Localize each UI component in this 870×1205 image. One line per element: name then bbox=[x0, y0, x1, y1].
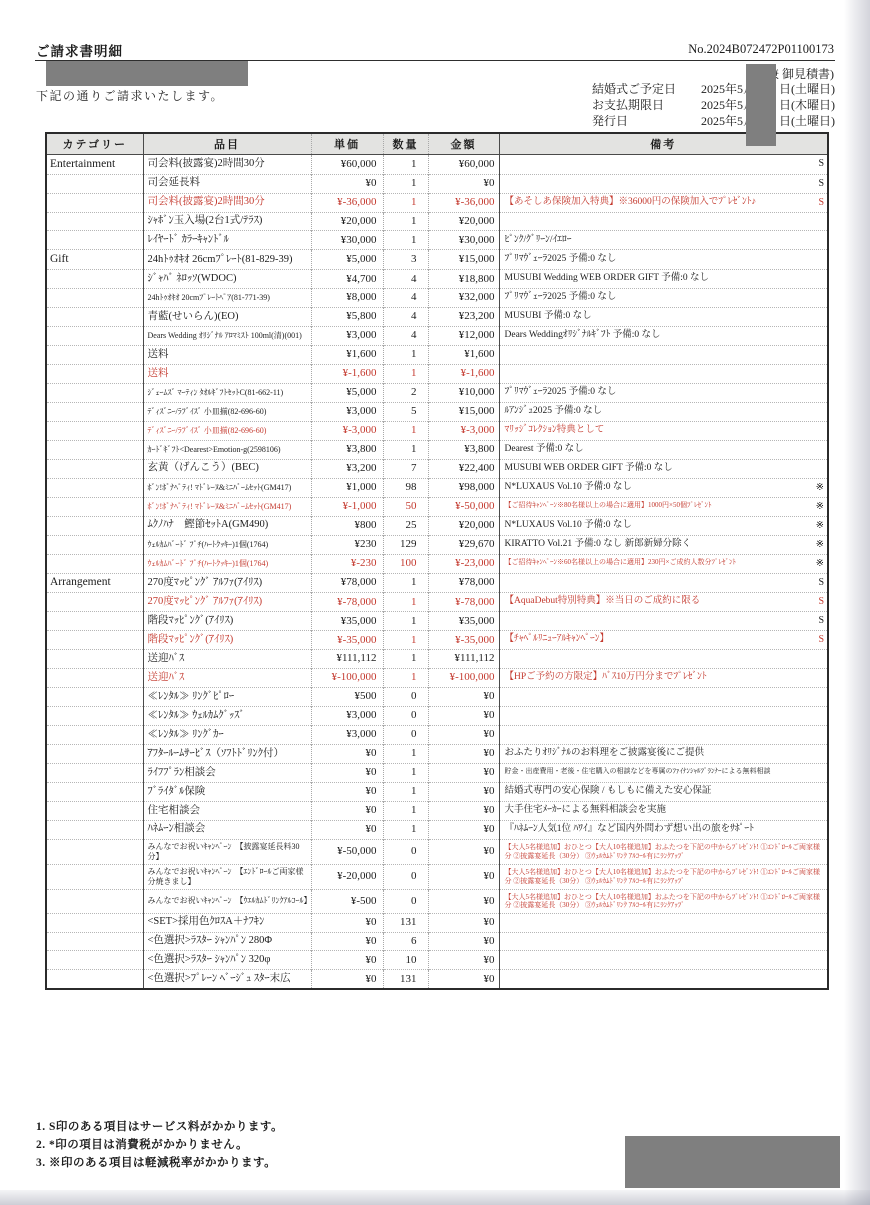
unit-price-cell: ¥0 bbox=[311, 913, 383, 932]
item-cell: 住宅相談会 bbox=[143, 801, 311, 820]
category-cell: Gift bbox=[46, 250, 143, 270]
category-cell bbox=[46, 535, 143, 554]
unit-price-cell: ¥3,800 bbox=[311, 440, 383, 459]
table-row: <色選択>ﾌﾟﾚｰﾝ ﾍﾞｰｼﾞｭ ｽﾀｰ末広¥0131¥0 bbox=[46, 970, 828, 989]
unit-price-cell: ¥3,200 bbox=[311, 459, 383, 478]
unit-price-cell: ¥0 bbox=[311, 174, 383, 193]
qty-cell: 2 bbox=[383, 383, 428, 402]
unit-price-cell: ¥-1,000 bbox=[311, 497, 383, 516]
item-cell: <色選択>ﾌﾟﾚｰﾝ ﾍﾞｰｼﾞｭ ｽﾀｰ末広 bbox=[143, 970, 311, 989]
table-row: <色選択>ﾗｽﾀｰ ｼｬﾝﾊﾟﾝ 320φ¥010¥0 bbox=[46, 951, 828, 970]
remarks-cell: おふたりｵﾘｼﾞﾅﾙのお料理をご披露宴後にご提供 bbox=[499, 744, 828, 763]
remark-wrap: N*LUXAUS Vol.10 予備:0 なし※ bbox=[505, 482, 825, 494]
amount-cell: ¥23,200 bbox=[428, 307, 499, 326]
amount-cell: ¥0 bbox=[428, 782, 499, 801]
remark-wrap: 大手住宅ﾒｰｶｰによる無料相談会を実施 bbox=[505, 805, 825, 816]
qty-cell: 1 bbox=[383, 668, 428, 687]
remark-wrap: 『ﾊﾈﾑｰﾝ人気1位 ﾊﾜｲ』など国内外問わず想い出の旅をｻﾎﾟｰﾄ bbox=[505, 824, 825, 835]
qty-cell: 4 bbox=[383, 326, 428, 345]
remark-wrap bbox=[505, 691, 825, 702]
amount-cell: ¥1,600 bbox=[428, 345, 499, 364]
remark-text: ﾏﾘｯｼﾞｺﾚｸｼｮﾝ特典として bbox=[505, 425, 825, 436]
qty-cell: 0 bbox=[383, 725, 428, 744]
date-post: 日(木曜日) bbox=[779, 98, 835, 112]
table-row: ≪ﾚﾝﾀﾙ≫ ﾘﾝｸﾞﾋﾟﾛｰ¥5000¥0 bbox=[46, 687, 828, 706]
qty-cell: 3 bbox=[383, 250, 428, 270]
remark-text: 大手住宅ﾒｰｶｰによる無料相談会を実施 bbox=[505, 805, 825, 816]
remark-text: おふたりｵﾘｼﾞﾅﾙのお料理をご披露宴後にご提供 bbox=[505, 748, 825, 759]
remark-text: 【あそしあ保険加入特典】※36000円の保険加入でﾌﾟﾚｾﾞﾝﾄ♪ bbox=[505, 197, 815, 208]
qty-cell: 4 bbox=[383, 270, 428, 289]
category-cell bbox=[46, 288, 143, 307]
table-row: ﾎﾞﾝ!ﾎﾞﾅﾍﾟﾃｨ! ﾏﾄﾞﾚｰﾇ&ﾐﾆﾊﾞｰﾑｾｯﾄ(GM417)¥1,0… bbox=[46, 478, 828, 497]
qty-cell: 0 bbox=[383, 839, 428, 864]
table-row: ﾗｲﾌﾌﾟﾗﾝ相談会¥01¥0貯金・出産費用・老後・住宅購入の相談などを専属のﾌ… bbox=[46, 763, 828, 782]
item-cell: ｳｪﾙｶﾑﾊﾞｰﾄﾞ ﾌﾟﾁ(ﾊｰﾄｸｯｷｰ)1個(1764) bbox=[143, 535, 311, 554]
table-row: 階段ﾏｯﾋﾟﾝｸﾞ(ｱｲﾘｽ)¥-35,0001¥-35,000【ﾁｬﾍﾟﾙﾘﾆ… bbox=[46, 631, 828, 650]
remarks-cell: ﾏﾘｯｼﾞｺﾚｸｼｮﾝ特典として bbox=[499, 421, 828, 440]
item-cell: 送料 bbox=[143, 345, 311, 364]
remark-wrap: 【ﾁｬﾍﾟﾙﾘﾆｭｰｱﾙｷｬﾝﾍﾟｰﾝ】S bbox=[505, 634, 825, 646]
qty-cell: 1 bbox=[383, 801, 428, 820]
item-cell: 階段ﾏｯﾋﾟﾝｸﾞ(ｱｲﾘｽ) bbox=[143, 631, 311, 650]
unit-price-cell: ¥0 bbox=[311, 744, 383, 763]
qty-cell: 1 bbox=[383, 649, 428, 668]
remark-text: N*LUXAUS Vol.10 予備:0 なし bbox=[505, 482, 812, 493]
category-cell bbox=[46, 212, 143, 231]
remark-text: KIRATTO Vol.21 予備:0 なし 新郎新婦分除く bbox=[505, 539, 812, 550]
item-cell: ≪ﾚﾝﾀﾙ≫ ｳｪﾙｶﾑｸﾞｯｽﾞ bbox=[143, 706, 311, 725]
category-cell bbox=[46, 478, 143, 497]
table-row: 司会料(披露宴)2時間30分¥-36,0001¥-36,000【あそしあ保険加入… bbox=[46, 193, 828, 212]
remark-wrap: 【HPご予約の方限定】ﾊﾞｽ10万円分までﾌﾟﾚｾﾞﾝﾄ bbox=[505, 672, 825, 683]
tax-mark: ※ bbox=[816, 482, 824, 494]
tax-mark: ※ bbox=[816, 520, 824, 532]
item-cell: <SET>採用色ｸﾛｽA＋ﾅﾌｷﾝ bbox=[143, 913, 311, 932]
redaction-box-bottom bbox=[625, 1136, 840, 1188]
item-cell: 送迎ﾊﾞｽ bbox=[143, 649, 311, 668]
remark-wrap: 【ご招待ｷｬﾝﾍﾟｰﾝ※60名様以上の場合に適用】230円×ご成約人数分ﾌﾟﾚｾ… bbox=[505, 558, 825, 570]
remarks-cell: 貯金・出産費用・老後・住宅購入の相談などを専属のﾌｧｲﾅﾝｼｬﾙﾌﾟﾗﾝﾅｰによ… bbox=[499, 763, 828, 782]
table-row: ﾚｲﾔｰﾄﾞ ｶﾗｰｷｬﾝﾄﾞﾙ¥30,0001¥30,000ﾋﾟﾝｸ/ｸﾞﾘｰ… bbox=[46, 231, 828, 250]
page-edge-bottom bbox=[0, 1190, 870, 1205]
item-cell: みんなでお祝いｷｬﾝﾍﾟｰﾝ 【ｴﾝﾄﾞﾛｰﾙご両家様分焼きまし】 bbox=[143, 864, 311, 889]
amount-cell: ¥0 bbox=[428, 839, 499, 864]
item-cell: ﾃﾞｨｽﾞﾆｰ/ﾗﾌﾞｲｽﾞ 小皿揃(82-696-60) bbox=[143, 402, 311, 421]
amount-cell: ¥98,000 bbox=[428, 478, 499, 497]
remarks-cell: Dears Weddingｵﾘｼﾞﾅﾙｷﾞﾌﾄ 予備:0 なし bbox=[499, 326, 828, 345]
amount-cell: ¥20,000 bbox=[428, 212, 499, 231]
footnotes: 1. S印のある項目はサービス料がかかります。2. *印の項目は消費税がかかりま… bbox=[36, 1118, 283, 1172]
table-row: ﾑｸﾉﾊﾅ 鰹節ｾｯﾄA(GM490)¥80025¥20,000N*LUXAUS… bbox=[46, 516, 828, 535]
table-row: Gift24hﾄｩｵｷｵ 26cmﾌﾟﾚｰﾄ(81-829-39)¥5,0003… bbox=[46, 250, 828, 270]
remark-wrap: KIRATTO Vol.21 予備:0 なし 新郎新婦分除く※ bbox=[505, 539, 825, 551]
remarks-cell: S bbox=[499, 612, 828, 631]
category-cell bbox=[46, 612, 143, 631]
item-cell: ≪ﾚﾝﾀﾙ≫ ﾘﾝｸﾞﾋﾟﾛｰ bbox=[143, 687, 311, 706]
amount-cell: ¥0 bbox=[428, 932, 499, 951]
remark-wrap: 結婚式専門の安心保険 / もしもに備えた安心保証 bbox=[505, 786, 825, 797]
qty-cell: 1 bbox=[383, 212, 428, 231]
item-cell: 司会料(披露宴)2時間30分 bbox=[143, 193, 311, 212]
unit-price-cell: ¥3,000 bbox=[311, 326, 383, 345]
document-number: No.2024B072472P01100173 bbox=[688, 42, 834, 57]
remarks-cell: S bbox=[499, 155, 828, 175]
remark-wrap: 【AquaDebut特別特典】※当日のご成約に限るS bbox=[505, 596, 825, 608]
item-cell: ﾑｸﾉﾊﾅ 鰹節ｾｯﾄA(GM490) bbox=[143, 516, 311, 535]
item-cell: 司会延長料 bbox=[143, 174, 311, 193]
table-row: 住宅相談会¥01¥0大手住宅ﾒｰｶｰによる無料相談会を実施 bbox=[46, 801, 828, 820]
amount-cell: ¥0 bbox=[428, 864, 499, 889]
category-cell bbox=[46, 554, 143, 573]
qty-cell: 1 bbox=[383, 231, 428, 250]
remarks-cell: ﾋﾟﾝｸ/ｸﾞﾘｰﾝ/ｲｴﾛｰ bbox=[499, 231, 828, 250]
date-label: お支払期限日 bbox=[592, 97, 664, 113]
remark-wrap: MUSUBI WEB ORDER GIFT 予備:0 なし bbox=[505, 463, 825, 474]
table-row: ﾎﾞﾝ!ﾎﾞﾅﾍﾟﾃｨ! ﾏﾄﾞﾚｰﾇ&ﾐﾆﾊﾞｰﾑｾｯﾄ(GM417)¥-1,… bbox=[46, 497, 828, 516]
remark-wrap bbox=[505, 917, 825, 928]
qty-cell: 1 bbox=[383, 763, 428, 782]
remarks-cell bbox=[499, 345, 828, 364]
unit-price-cell: ¥-230 bbox=[311, 554, 383, 573]
footnote-line: 3. ※印のある項目は軽減税率がかかります。 bbox=[36, 1154, 283, 1172]
remarks-cell: 【大人5名様追加】おひとつ【大人10名様追加】おふたつを下記の中からﾌﾟﾚｾﾞﾝ… bbox=[499, 890, 828, 914]
table-row: ｼﾞｪｰﾑｽﾞ ﾏｰﾃｨﾝ ﾀｵﾙｷﾞﾌﾄｾｯﾄC(81-662-11)¥5,0… bbox=[46, 383, 828, 402]
tax-mark: ※ bbox=[816, 539, 824, 551]
item-cell: 送料 bbox=[143, 364, 311, 383]
table-row: 青藍(せいらん)(EO)¥5,8004¥23,200MUSUBI 予備:0 なし bbox=[46, 307, 828, 326]
qty-cell: 1 bbox=[383, 364, 428, 383]
amount-cell: ¥-36,000 bbox=[428, 193, 499, 212]
qty-cell: 0 bbox=[383, 864, 428, 889]
category-cell: Arrangement bbox=[46, 573, 143, 593]
unit-price-cell: ¥3,000 bbox=[311, 706, 383, 725]
date-line: 結婚式ご予定日2025年5月日(土曜日) bbox=[592, 81, 835, 97]
unit-price-cell: ¥0 bbox=[311, 782, 383, 801]
remarks-cell: 【あそしあ保険加入特典】※36000円の保険加入でﾌﾟﾚｾﾞﾝﾄ♪S bbox=[499, 193, 828, 212]
table-row: ﾌﾞﾗｲﾀﾞﾙ保険¥01¥0結婚式専門の安心保険 / もしもに備えた安心保証 bbox=[46, 782, 828, 801]
table-row: ｼﾞｬﾊﾞ ﾈﾛｯｿ(WDOC)¥4,7004¥18,800MUSUBI Wed… bbox=[46, 270, 828, 289]
unit-price-cell: ¥5,000 bbox=[311, 250, 383, 270]
remark-wrap bbox=[505, 710, 825, 721]
category-cell bbox=[46, 231, 143, 250]
invoice-page: ご請求書明細 No.2024B072472P01100173 (兼 御見積書) … bbox=[0, 0, 870, 1205]
unit-price-cell: ¥3,000 bbox=[311, 402, 383, 421]
unit-price-cell: ¥-50,000 bbox=[311, 839, 383, 864]
qty-cell: 1 bbox=[383, 421, 428, 440]
amount-cell: ¥0 bbox=[428, 687, 499, 706]
remark-wrap bbox=[505, 349, 825, 360]
amount-cell: ¥0 bbox=[428, 970, 499, 989]
category-cell bbox=[46, 744, 143, 763]
qty-cell: 10 bbox=[383, 951, 428, 970]
remark-text: ﾌﾟﾘﾏｳﾞｪｰﾗ2025 予備:0 なし bbox=[505, 254, 825, 265]
remarks-cell bbox=[499, 687, 828, 706]
amount-cell: ¥3,800 bbox=[428, 440, 499, 459]
remark-wrap bbox=[505, 936, 825, 947]
remark-wrap: ﾙｱﾝｼﾞｭ2025 予備:0 なし bbox=[505, 406, 825, 417]
remark-text: 【AquaDebut特別特典】※当日のご成約に限る bbox=[505, 596, 815, 607]
tax-mark: S bbox=[818, 158, 824, 170]
qty-cell: 0 bbox=[383, 890, 428, 914]
qty-cell: 1 bbox=[383, 820, 428, 839]
amount-cell: ¥0 bbox=[428, 913, 499, 932]
amount-cell: ¥0 bbox=[428, 744, 499, 763]
category-cell bbox=[46, 193, 143, 212]
unit-price-cell: ¥0 bbox=[311, 951, 383, 970]
qty-cell: 1 bbox=[383, 573, 428, 593]
remark-wrap: MUSUBI Wedding WEB ORDER GIFT 予備:0 なし bbox=[505, 273, 825, 284]
table-header-row: カテゴリー 品目 単価 数量 金額 備考 bbox=[46, 133, 828, 155]
item-cell: 階段ﾏｯﾋﾟﾝｸﾞ(ｱｲﾘｽ) bbox=[143, 612, 311, 631]
tax-mark: S bbox=[818, 634, 824, 646]
remark-text: 【HPご予約の方限定】ﾊﾞｽ10万円分までﾌﾟﾚｾﾞﾝﾄ bbox=[505, 672, 825, 683]
header-unit-price: 単価 bbox=[311, 133, 383, 155]
category-cell bbox=[46, 364, 143, 383]
amount-cell: ¥-3,000 bbox=[428, 421, 499, 440]
amount-cell: ¥-78,000 bbox=[428, 593, 499, 612]
qty-cell: 1 bbox=[383, 593, 428, 612]
remarks-cell: ﾌﾟﾘﾏｳﾞｪｰﾗ2025 予備:0 なし bbox=[499, 383, 828, 402]
unit-price-cell: ¥-20,000 bbox=[311, 864, 383, 889]
table-row: みんなでお祝いｷｬﾝﾍﾟｰﾝ 【披露宴延長料30分】¥-50,0000¥0【大人… bbox=[46, 839, 828, 864]
category-cell bbox=[46, 593, 143, 612]
category-cell bbox=[46, 890, 143, 914]
category-cell bbox=[46, 782, 143, 801]
unit-price-cell: ¥30,000 bbox=[311, 231, 383, 250]
item-cell: <色選択>ﾗｽﾀｰ ｼｬﾝﾊﾟﾝ 280Φ bbox=[143, 932, 311, 951]
remarks-cell bbox=[499, 970, 828, 989]
unit-price-cell: ¥-1,600 bbox=[311, 364, 383, 383]
table-row: <色選択>ﾗｽﾀｰ ｼｬﾝﾊﾟﾝ 280Φ¥06¥0 bbox=[46, 932, 828, 951]
tax-mark: S bbox=[818, 178, 824, 190]
category-cell bbox=[46, 307, 143, 326]
remarks-cell: N*LUXAUS Vol.10 予備:0 なし※ bbox=[499, 516, 828, 535]
date-post: 日(土曜日) bbox=[779, 114, 835, 128]
qty-cell: 131 bbox=[383, 970, 428, 989]
table-row: ﾊﾈﾑｰﾝ相談会¥01¥0『ﾊﾈﾑｰﾝ人気1位 ﾊﾜｲ』など国内外問わず想い出の… bbox=[46, 820, 828, 839]
category-cell bbox=[46, 270, 143, 289]
qty-cell: 25 bbox=[383, 516, 428, 535]
item-cell: ｱﾌﾀｰﾙｰﾑｻｰﾋﾞｽ（ｿﾌﾄﾄﾞﾘﾝｸ付） bbox=[143, 744, 311, 763]
amount-cell: ¥-35,000 bbox=[428, 631, 499, 650]
qty-cell: 1 bbox=[383, 631, 428, 650]
category-cell bbox=[46, 820, 143, 839]
tax-mark: ※ bbox=[816, 501, 824, 513]
remark-text: ﾌﾟﾘﾏｳﾞｪｰﾗ2025 予備:0 なし bbox=[505, 292, 825, 303]
remark-wrap: ﾌﾟﾘﾏｳﾞｪｰﾗ2025 予備:0 なし bbox=[505, 387, 825, 398]
qty-cell: 1 bbox=[383, 345, 428, 364]
remarks-cell: MUSUBI 予備:0 なし bbox=[499, 307, 828, 326]
remarks-cell: MUSUBI Wedding WEB ORDER GIFT 予備:0 なし bbox=[499, 270, 828, 289]
item-cell: 270度ﾏｯﾋﾟﾝｸﾞ ｱﾙﾌｧ(ｱｲﾘｽ) bbox=[143, 573, 311, 593]
amount-cell: ¥15,000 bbox=[428, 250, 499, 270]
remarks-cell: S bbox=[499, 573, 828, 593]
remarks-cell: 結婚式専門の安心保険 / もしもに備えた安心保証 bbox=[499, 782, 828, 801]
remark-text: 【大人5名様追加】おひとつ【大人10名様追加】おふたつを下記の中からﾌﾟﾚｾﾞﾝ… bbox=[505, 893, 825, 911]
remarks-cell: 【大人5名様追加】おひとつ【大人10名様追加】おふたつを下記の中からﾌﾟﾚｾﾞﾝ… bbox=[499, 839, 828, 864]
remark-text: MUSUBI Wedding WEB ORDER GIFT 予備:0 なし bbox=[505, 273, 825, 284]
qty-cell: 4 bbox=[383, 288, 428, 307]
remark-text: MUSUBI 予備:0 なし bbox=[505, 311, 825, 322]
remarks-cell bbox=[499, 212, 828, 231]
amount-cell: ¥0 bbox=[428, 801, 499, 820]
table-row: 送料¥-1,6001¥-1,600 bbox=[46, 364, 828, 383]
remark-text: 【ご招待ｷｬﾝﾍﾟｰﾝ※80名様以上の場合に適用】1000円×50個ﾌﾟﾚｾﾞﾝ… bbox=[505, 501, 812, 510]
redaction-bar-dates bbox=[746, 64, 776, 146]
category-cell bbox=[46, 421, 143, 440]
item-cell: みんなでお祝いｷｬﾝﾍﾟｰﾝ 【披露宴延長料30分】 bbox=[143, 839, 311, 864]
amount-cell: ¥-50,000 bbox=[428, 497, 499, 516]
category-cell bbox=[46, 345, 143, 364]
table-row: Entertainment司会料(披露宴)2時間30分¥60,0001¥60,0… bbox=[46, 155, 828, 175]
remark-wrap: S bbox=[505, 577, 825, 589]
qty-cell: 1 bbox=[383, 193, 428, 212]
remark-text: Dears Weddingｵﾘｼﾞﾅﾙｷﾞﾌﾄ 予備:0 なし bbox=[505, 330, 825, 341]
item-cell: みんなでお祝いｷｬﾝﾍﾟｰﾝ 【ｳｴﾙｶﾑﾄﾞﾘﾝｸｱﾙｺｰﾙ】 bbox=[143, 890, 311, 914]
remark-wrap bbox=[505, 216, 825, 227]
category-cell bbox=[46, 763, 143, 782]
category-cell bbox=[46, 516, 143, 535]
category-cell bbox=[46, 839, 143, 864]
table-row: ≪ﾚﾝﾀﾙ≫ ｳｪﾙｶﾑｸﾞｯｽﾞ¥3,0000¥0 bbox=[46, 706, 828, 725]
table-row: みんなでお祝いｷｬﾝﾍﾟｰﾝ 【ｴﾝﾄﾞﾛｰﾙご両家様分焼きまし】¥-20,00… bbox=[46, 864, 828, 889]
remarks-cell: ﾙｱﾝｼﾞｭ2025 予備:0 なし bbox=[499, 402, 828, 421]
remark-wrap: ﾌﾟﾘﾏｳﾞｪｰﾗ2025 予備:0 なし bbox=[505, 254, 825, 265]
amount-cell: ¥0 bbox=[428, 820, 499, 839]
remark-wrap: 【あそしあ保険加入特典】※36000円の保険加入でﾌﾟﾚｾﾞﾝﾄ♪S bbox=[505, 197, 825, 209]
unit-price-cell: ¥-35,000 bbox=[311, 631, 383, 650]
item-cell: 青藍(せいらん)(EO) bbox=[143, 307, 311, 326]
remarks-cell: 【ご招待ｷｬﾝﾍﾟｰﾝ※80名様以上の場合に適用】1000円×50個ﾌﾟﾚｾﾞﾝ… bbox=[499, 497, 828, 516]
item-cell: ﾎﾞﾝ!ﾎﾞﾅﾍﾟﾃｨ! ﾏﾄﾞﾚｰﾇ&ﾐﾆﾊﾞｰﾑｾｯﾄ(GM417) bbox=[143, 478, 311, 497]
remarks-cell: ﾌﾟﾘﾏｳﾞｪｰﾗ2025 予備:0 なし bbox=[499, 250, 828, 270]
unit-price-cell: ¥5,000 bbox=[311, 383, 383, 402]
unit-price-cell: ¥8,000 bbox=[311, 288, 383, 307]
remark-wrap: MUSUBI 予備:0 なし bbox=[505, 311, 825, 322]
qty-cell: 7 bbox=[383, 459, 428, 478]
amount-cell: ¥0 bbox=[428, 763, 499, 782]
remark-text: 【ﾁｬﾍﾟﾙﾘﾆｭｰｱﾙｷｬﾝﾍﾟｰﾝ】 bbox=[505, 634, 815, 645]
remarks-cell: 【ﾁｬﾍﾟﾙﾘﾆｭｰｱﾙｷｬﾝﾍﾟｰﾝ】S bbox=[499, 631, 828, 650]
header-remarks: 備考 bbox=[499, 133, 828, 155]
item-cell: ｶｰﾄﾞｷﾞﾌﾄ<Dearest>Emotion-g(2598106) bbox=[143, 440, 311, 459]
redaction-box-customer-name bbox=[46, 61, 248, 86]
qty-cell: 1 bbox=[383, 155, 428, 175]
remarks-cell: ﾌﾟﾘﾏｳﾞｪｰﾗ2025 予備:0 なし bbox=[499, 288, 828, 307]
amount-cell: ¥111,112 bbox=[428, 649, 499, 668]
item-cell: ﾃﾞｨｽﾞﾆｰ/ﾗﾌﾞｲｽﾞ 小皿揃(82-696-60) bbox=[143, 421, 311, 440]
remarks-cell bbox=[499, 913, 828, 932]
item-cell: ﾚｲﾔｰﾄﾞ ｶﾗｰｷｬﾝﾄﾞﾙ bbox=[143, 231, 311, 250]
remarks-cell bbox=[499, 706, 828, 725]
amount-cell: ¥-1,600 bbox=[428, 364, 499, 383]
category-cell bbox=[46, 497, 143, 516]
category-cell bbox=[46, 649, 143, 668]
amount-cell: ¥60,000 bbox=[428, 155, 499, 175]
category-cell bbox=[46, 706, 143, 725]
category-cell bbox=[46, 932, 143, 951]
unit-price-cell: ¥3,000 bbox=[311, 725, 383, 744]
qty-cell: 1 bbox=[383, 782, 428, 801]
remark-wrap: S bbox=[505, 615, 825, 627]
unit-price-cell: ¥800 bbox=[311, 516, 383, 535]
amount-cell: ¥22,400 bbox=[428, 459, 499, 478]
table-row: Dears Wedding ｵﾘｼﾞﾅﾙ ｱﾛﾏﾐｽﾄ 100ml(清)(001… bbox=[46, 326, 828, 345]
tax-mark: S bbox=[818, 197, 824, 209]
amount-cell: ¥78,000 bbox=[428, 573, 499, 593]
unit-price-cell: ¥60,000 bbox=[311, 155, 383, 175]
amount-cell: ¥20,000 bbox=[428, 516, 499, 535]
unit-price-cell: ¥-100,000 bbox=[311, 668, 383, 687]
table-row: <SET>採用色ｸﾛｽA＋ﾅﾌｷﾝ¥0131¥0 bbox=[46, 913, 828, 932]
date-label: 発行日 bbox=[592, 113, 628, 129]
remark-wrap bbox=[505, 955, 825, 966]
remark-text: N*LUXAUS Vol.10 予備:0 なし bbox=[505, 520, 812, 531]
item-cell: 司会料(披露宴)2時間30分 bbox=[143, 155, 311, 175]
category-cell bbox=[46, 402, 143, 421]
remark-wrap: N*LUXAUS Vol.10 予備:0 なし※ bbox=[505, 520, 825, 532]
qty-cell: 0 bbox=[383, 687, 428, 706]
header-item: 品目 bbox=[143, 133, 311, 155]
remarks-cell: 大手住宅ﾒｰｶｰによる無料相談会を実施 bbox=[499, 801, 828, 820]
remark-wrap: 【大人5名様追加】おひとつ【大人10名様追加】おふたつを下記の中からﾌﾟﾚｾﾞﾝ… bbox=[505, 893, 825, 911]
amount-cell: ¥29,670 bbox=[428, 535, 499, 554]
item-cell: Dears Wedding ｵﾘｼﾞﾅﾙ ｱﾛﾏﾐｽﾄ 100ml(清)(001… bbox=[143, 326, 311, 345]
tax-mark: ※ bbox=[816, 558, 824, 570]
remarks-cell: 【HPご予約の方限定】ﾊﾞｽ10万円分までﾌﾟﾚｾﾞﾝﾄ bbox=[499, 668, 828, 687]
category-cell bbox=[46, 864, 143, 889]
remark-text: ﾋﾟﾝｸ/ｸﾞﾘｰﾝ/ｲｴﾛｰ bbox=[505, 235, 825, 246]
tax-mark: S bbox=[818, 596, 824, 608]
remark-text: MUSUBI WEB ORDER GIFT 予備:0 なし bbox=[505, 463, 825, 474]
item-cell: 玄黄（げんこう）(BEC) bbox=[143, 459, 311, 478]
table-row: ﾃﾞｨｽﾞﾆｰ/ﾗﾌﾞｲｽﾞ 小皿揃(82-696-60)¥-3,0001¥-3… bbox=[46, 421, 828, 440]
item-cell: ﾎﾞﾝ!ﾎﾞﾅﾍﾟﾃｨ! ﾏﾄﾞﾚｰﾇ&ﾐﾆﾊﾞｰﾑｾｯﾄ(GM417) bbox=[143, 497, 311, 516]
amount-cell: ¥0 bbox=[428, 174, 499, 193]
remark-wrap: S bbox=[505, 178, 825, 190]
footnote-line: 2. *印の項目は消費税がかかりません。 bbox=[36, 1136, 283, 1154]
qty-cell: 1 bbox=[383, 612, 428, 631]
tax-mark: S bbox=[818, 615, 824, 627]
invoice-table: カテゴリー 品目 単価 数量 金額 備考 Entertainment司会料(披露… bbox=[45, 132, 829, 990]
remark-wrap: 【大人5名様追加】おひとつ【大人10名様追加】おふたつを下記の中からﾌﾟﾚｾﾞﾝ… bbox=[505, 868, 825, 886]
remark-text: 【大人5名様追加】おひとつ【大人10名様追加】おふたつを下記の中からﾌﾟﾚｾﾞﾝ… bbox=[505, 843, 825, 861]
remark-wrap: ﾋﾟﾝｸ/ｸﾞﾘｰﾝ/ｲｴﾛｰ bbox=[505, 235, 825, 246]
remark-text: 『ﾊﾈﾑｰﾝ人気1位 ﾊﾜｲ』など国内外問わず想い出の旅をｻﾎﾟｰﾄ bbox=[505, 824, 825, 835]
remark-wrap: 貯金・出産費用・老後・住宅購入の相談などを専属のﾌｧｲﾅﾝｼｬﾙﾌﾟﾗﾝﾅｰによ… bbox=[505, 767, 825, 778]
table-row: ｳｪﾙｶﾑﾊﾞｰﾄﾞ ﾌﾟﾁ(ﾊｰﾄｸｯｷｰ)1個(1764)¥230129¥2… bbox=[46, 535, 828, 554]
remark-wrap bbox=[505, 653, 825, 664]
remark-text: 貯金・出産費用・老後・住宅購入の相談などを専属のﾌｧｲﾅﾝｼｬﾙﾌﾟﾗﾝﾅｰによ… bbox=[505, 767, 825, 776]
category-cell bbox=[46, 668, 143, 687]
category-cell bbox=[46, 174, 143, 193]
table-row: 送迎ﾊﾞｽ¥-100,0001¥-100,000【HPご予約の方限定】ﾊﾞｽ10… bbox=[46, 668, 828, 687]
remarks-cell: S bbox=[499, 174, 828, 193]
unit-price-cell: ¥20,000 bbox=[311, 212, 383, 231]
unit-price-cell: ¥-500 bbox=[311, 890, 383, 914]
category-cell bbox=[46, 383, 143, 402]
qty-cell: 100 bbox=[383, 554, 428, 573]
table-row: 玄黄（げんこう）(BEC)¥3,2007¥22,400MUSUBI WEB OR… bbox=[46, 459, 828, 478]
amount-cell: ¥10,000 bbox=[428, 383, 499, 402]
remark-text: ﾙｱﾝｼﾞｭ2025 予備:0 なし bbox=[505, 406, 825, 417]
remark-wrap: 【ご招待ｷｬﾝﾍﾟｰﾝ※80名様以上の場合に適用】1000円×50個ﾌﾟﾚｾﾞﾝ… bbox=[505, 501, 825, 513]
tax-mark: S bbox=[818, 577, 824, 589]
item-cell: ﾌﾞﾗｲﾀﾞﾙ保険 bbox=[143, 782, 311, 801]
unit-price-cell: ¥5,800 bbox=[311, 307, 383, 326]
unit-price-cell: ¥1,600 bbox=[311, 345, 383, 364]
